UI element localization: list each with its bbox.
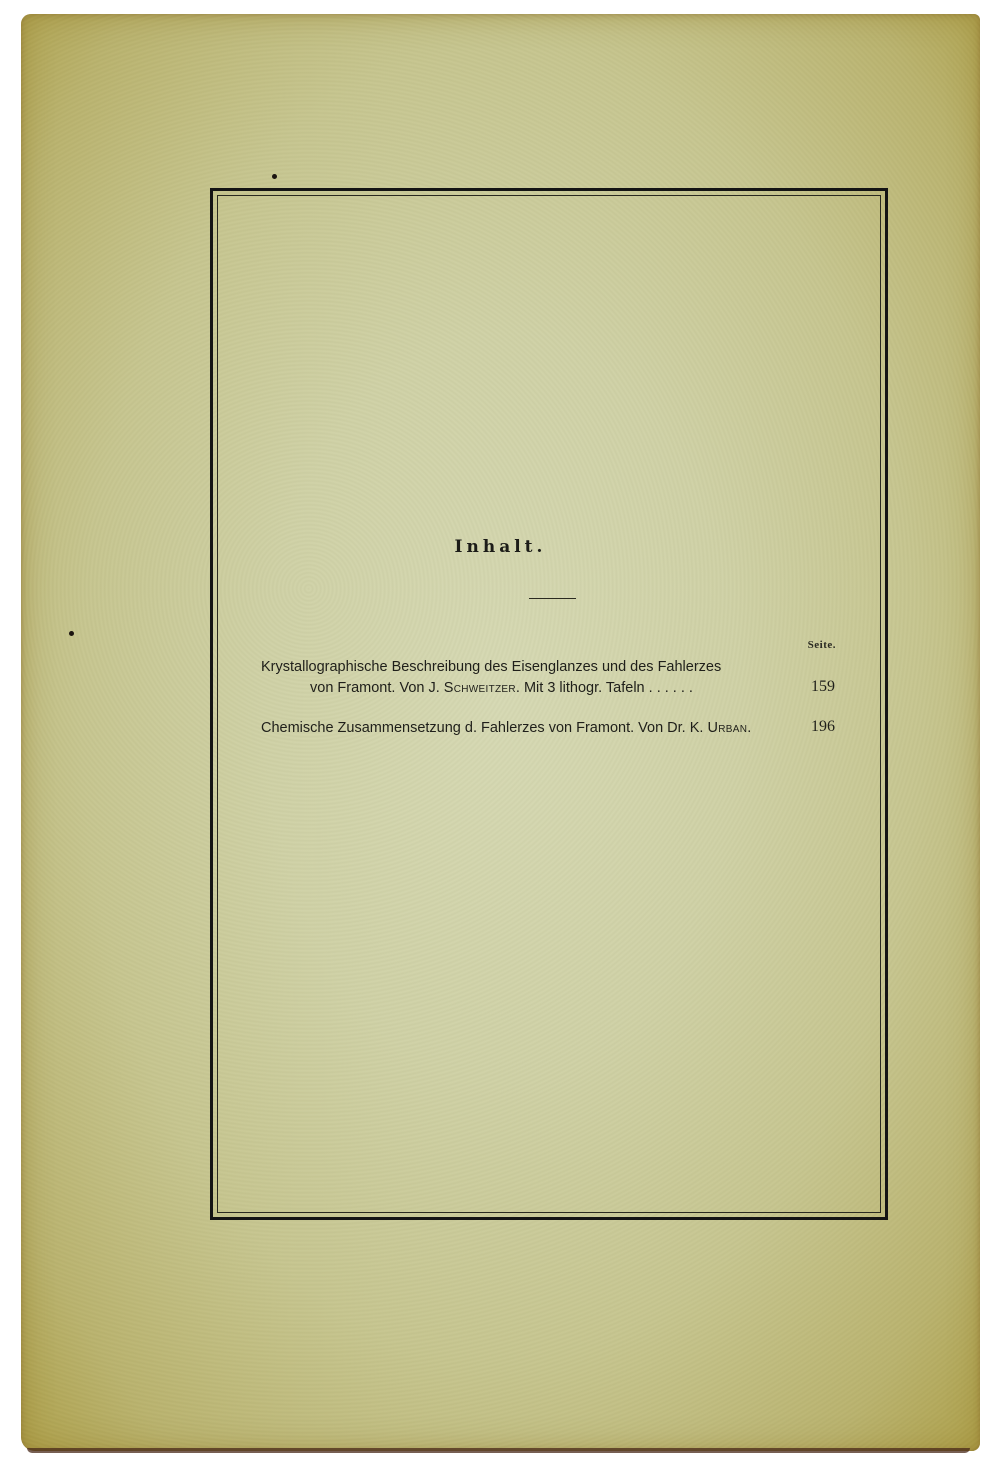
toc-entry-2-line-1: Chemische Zusammensetzung d. Fahlerzes v… [261,720,751,736]
entry-text: von Framont. Von J. [310,680,444,696]
contents-heading: Inhalt. [21,537,980,557]
entry-author: Urban [707,720,747,736]
paper-page: Inhalt. Seite. Krystallographische Besch… [21,14,980,1451]
toc-entry-1-line-1: Krystallographische Beschreibung des Eis… [261,659,721,675]
page-column-label: Seite. [808,639,836,651]
page-worn-edge [27,1448,970,1453]
toc-entry-1-line-2: von Framont. Von J. Schweitzer. Mit 3 li… [310,680,693,696]
ink-speck [69,631,74,636]
ink-speck [272,174,277,179]
entry-text: Chemische Zusammensetzung d. Fahlerzes v… [261,720,707,736]
frame-inner-rule [217,195,881,1213]
entry-page-number: 159 [811,678,835,696]
heading-rule [529,598,576,599]
entry-title: Krystallographische Beschreibung des Eis… [261,659,721,675]
entry-page-number: 196 [811,718,835,736]
entry-text: . Mit 3 lithogr. Tafeln [516,680,645,696]
dot-leader: . . . . . . [645,680,693,696]
entry-author: Schweitzer [444,680,516,696]
double-line-frame [210,188,888,1220]
entry-text: . [747,720,751,736]
